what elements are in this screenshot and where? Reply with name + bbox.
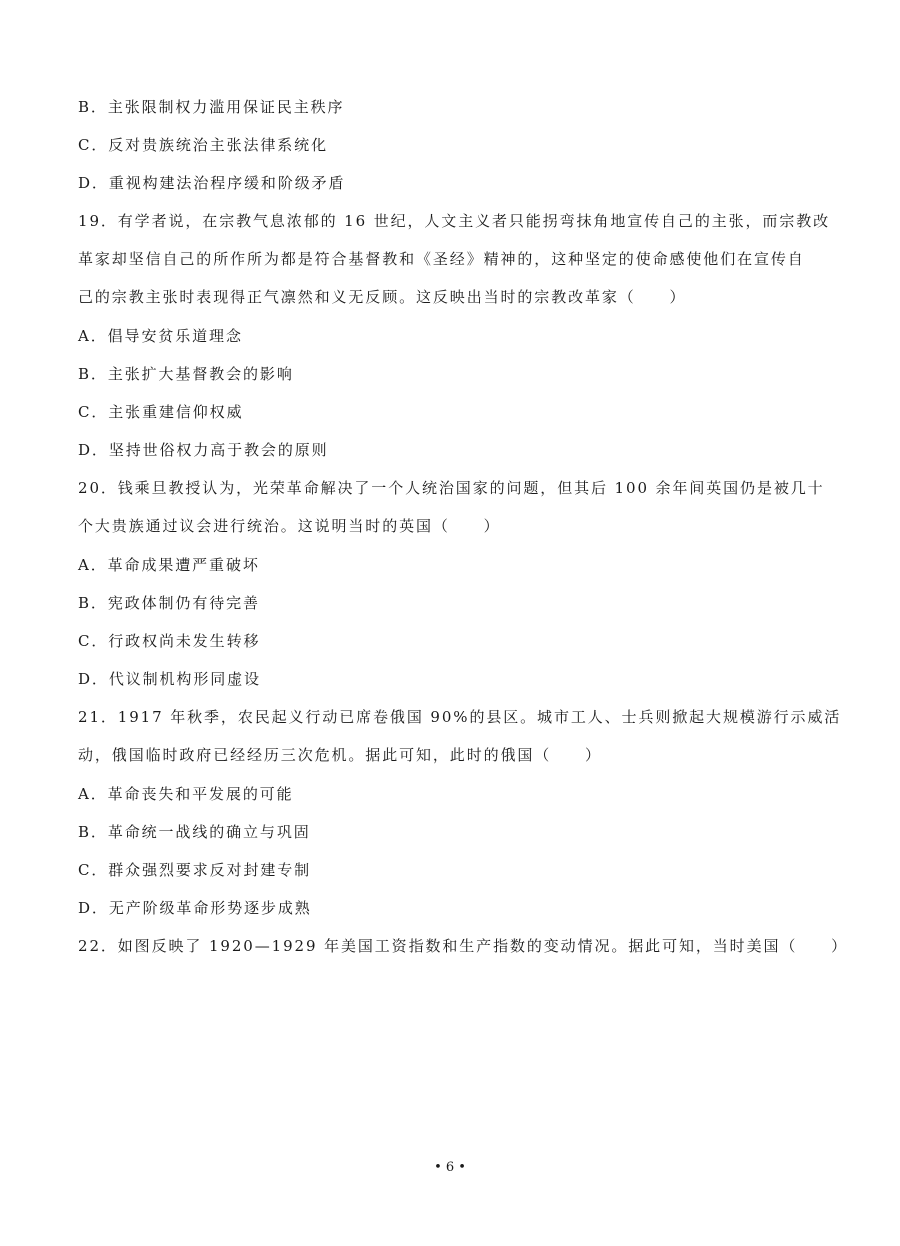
option-label: D． <box>78 174 109 192</box>
q19-stem-line-3: 己的宗教主张时表现得正气凛然和义无反顾。这反映出当时的宗教改革家（ ） <box>78 285 828 309</box>
option-label: D． <box>78 899 109 917</box>
q20-option-c: C．行政权尚未发生转移 <box>78 629 828 653</box>
q22-stem-line-1: 22．如图反映了 1920—1929 年美国工资指数和生产指数的变动情况。据此可… <box>78 934 828 958</box>
q18-option-d: D．重视构建法治程序缓和阶级矛盾 <box>78 171 828 195</box>
q19-option-d: D．坚持世俗权力高于教会的原则 <box>78 438 828 462</box>
option-label: B． <box>78 365 108 383</box>
option-label: C． <box>78 861 108 879</box>
option-text: 主张重建信仰权威 <box>108 403 243 421</box>
option-label: A． <box>78 785 108 803</box>
option-text: 反对贵族统治主张法律系统化 <box>108 136 328 154</box>
q18-option-c: C．反对贵族统治主张法律系统化 <box>78 133 828 157</box>
exam-page: B．主张限制权力滥用保证民主秩序 C．反对贵族统治主张法律系统化 D．重视构建法… <box>0 0 900 1246</box>
option-label: C． <box>78 632 108 650</box>
q20-option-b: B．宪政体制仍有待完善 <box>78 591 828 615</box>
q19-option-b: B．主张扩大基督教会的影响 <box>78 362 828 386</box>
q21-option-b: B．革命统一战线的确立与巩固 <box>78 820 828 844</box>
q20-option-d: D．代议制机构形同虚设 <box>78 667 828 691</box>
q21-option-a: A．革命丧失和平发展的可能 <box>78 782 828 806</box>
q20-stem-line-1: 20．钱乘旦教授认为，光荣革命解决了一个人统治国家的问题，但其后 100 余年间… <box>78 476 828 500</box>
option-text: 坚持世俗权力高于教会的原则 <box>109 441 329 459</box>
option-text: 倡导安贫乐道理念 <box>108 327 243 345</box>
q21-stem-line-2: 动，俄国临时政府已经经历三次危机。据此可知，此时的俄国（ ） <box>78 743 828 767</box>
q21-option-c: C．群众强烈要求反对封建专制 <box>78 858 828 882</box>
q19-option-c: C．主张重建信仰权威 <box>78 400 828 424</box>
option-label: A． <box>78 327 108 345</box>
option-label: A． <box>78 556 108 574</box>
option-text: 重视构建法治程序缓和阶级矛盾 <box>109 174 346 192</box>
q21-option-d: D．无产阶级革命形势逐步成熟 <box>78 896 828 920</box>
option-label: D． <box>78 670 109 688</box>
option-label: C． <box>78 136 108 154</box>
option-text: 主张限制权力滥用保证民主秩序 <box>108 98 345 116</box>
q19-stem-line-1: 19．有学者说，在宗教气息浓郁的 16 世纪，人文主义者只能拐弯抹角地宣传自己的… <box>78 209 828 233</box>
option-text: 行政权尚未发生转移 <box>108 632 260 650</box>
option-label: B． <box>78 594 108 612</box>
page-number: • 6 • <box>0 1158 900 1178</box>
option-text: 革命丧失和平发展的可能 <box>108 785 294 803</box>
option-text: 代议制机构形同虚设 <box>109 670 261 688</box>
option-text: 主张扩大基督教会的影响 <box>108 365 294 383</box>
q19-option-a: A．倡导安贫乐道理念 <box>78 324 828 348</box>
option-text: 无产阶级革命形势逐步成熟 <box>109 899 312 917</box>
option-label: D． <box>78 441 109 459</box>
q20-option-a: A．革命成果遭严重破坏 <box>78 553 828 577</box>
option-text: 革命成果遭严重破坏 <box>108 556 260 574</box>
option-label: B． <box>78 823 108 841</box>
q21-stem-line-1: 21．1917 年秋季，农民起义行动已席卷俄国 90%的县区。城市工人、士兵则掀… <box>78 705 828 729</box>
q20-stem-line-2: 个大贵族通过议会进行统治。这说明当时的英国（ ） <box>78 514 828 538</box>
q18-option-b: B．主张限制权力滥用保证民主秩序 <box>78 95 828 119</box>
option-text: 革命统一战线的确立与巩固 <box>108 823 311 841</box>
option-text: 宪政体制仍有待完善 <box>108 594 260 612</box>
option-label: B． <box>78 98 108 116</box>
q19-stem-line-2: 革家却坚信自己的所作所为都是符合基督教和《圣经》精神的，这种坚定的使命感使他们在… <box>78 247 828 271</box>
option-label: C． <box>78 403 108 421</box>
option-text: 群众强烈要求反对封建专制 <box>108 861 311 879</box>
